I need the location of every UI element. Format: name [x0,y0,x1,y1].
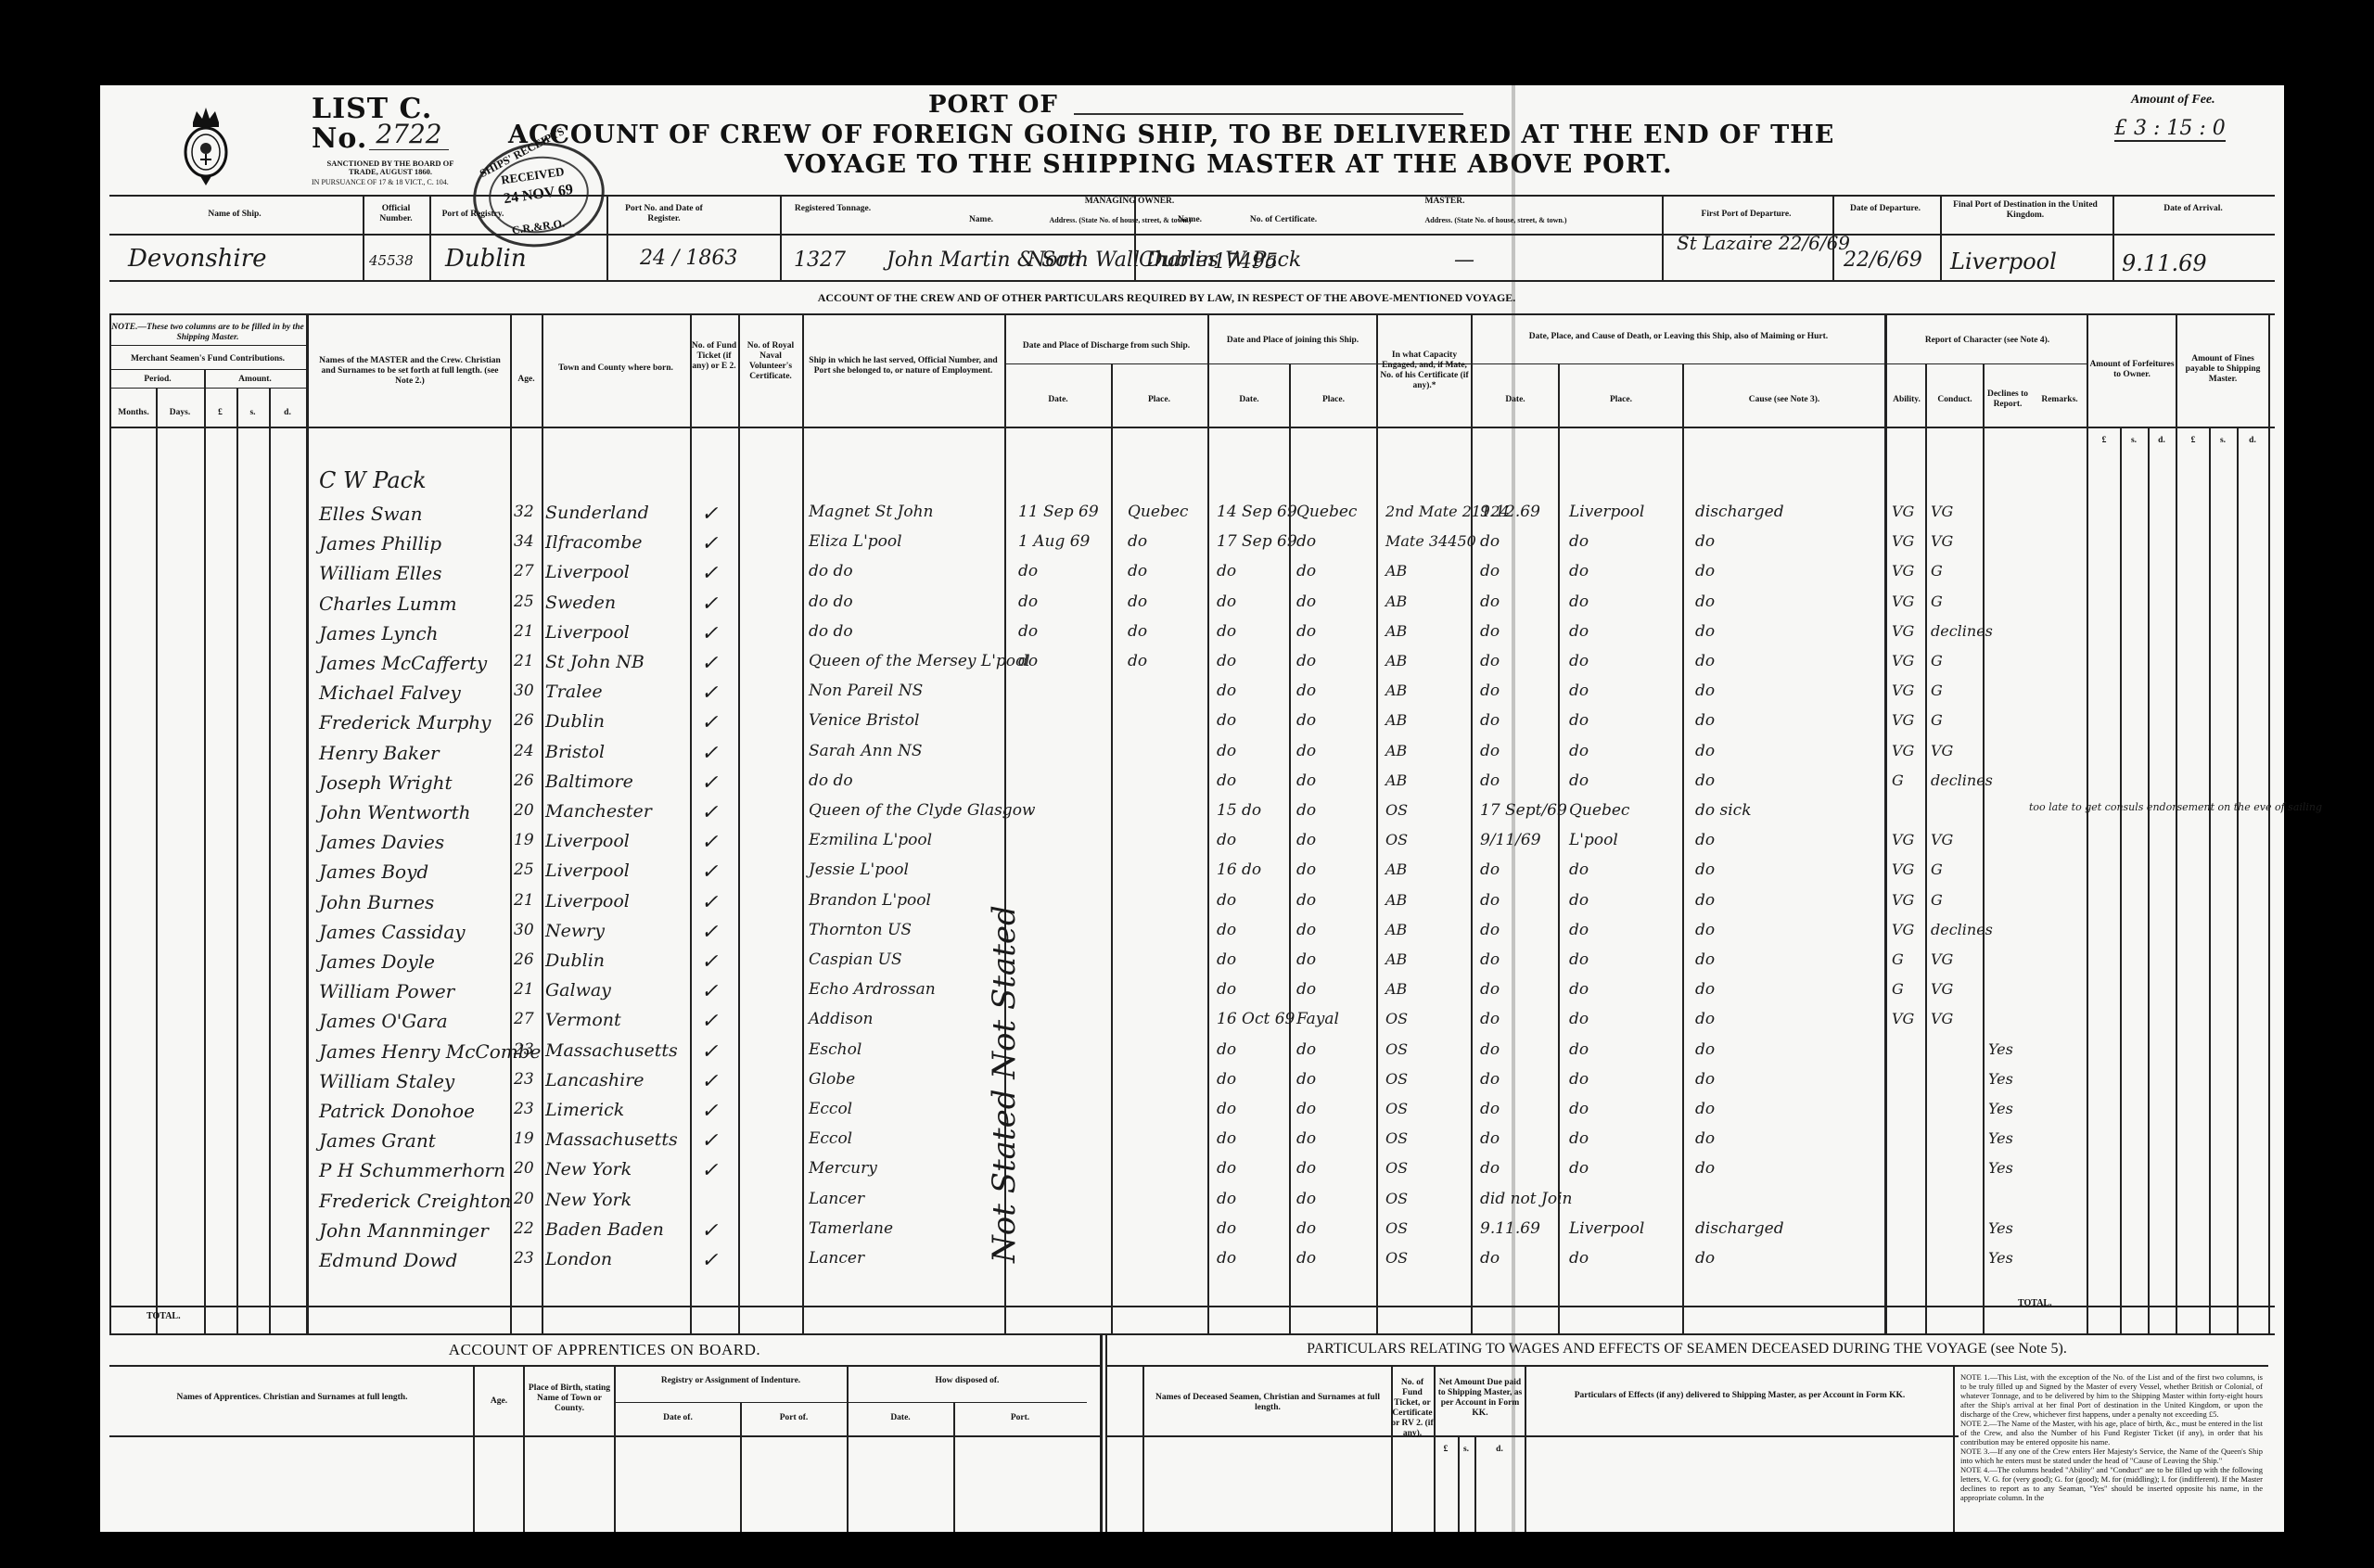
crew-cell-capacity: AB [1385,562,1407,580]
crew-cell-born: Massachusetts [545,1040,678,1061]
crew-cell-declines: Yes [1988,1249,2013,1267]
col-apprentice-age: Age. [475,1396,523,1407]
crew-cell-last-ship: Brandon L'pool [809,891,931,910]
crew-cell-leave-place: do [1569,622,1589,641]
crew-cell-ability: G [1892,771,1904,789]
crew-cell-conduct: VG [1931,503,1953,520]
crew-cell-ability: VG [1892,503,1914,520]
col-cause: Cause (see Note 3). [1684,395,1884,405]
crew-cell-join-place: do [1296,652,1316,670]
fines-pence: d. [2237,436,2268,446]
crew-cell-join-place: do [1296,593,1316,611]
crew-cell-age: 20 [514,1159,534,1178]
col-master-address: Address. (State No. of house, street, & … [1334,215,1658,225]
port-of-label: PORT OF [928,91,1058,119]
crew-cell-last-ship: do do [809,771,853,790]
crew-cell-leave-place: do [1569,682,1589,700]
crew-cell-last-ship: do do [809,562,853,580]
crew-cell-join-date: do [1217,1100,1236,1118]
col-forfeitures: Amount of Forfeitures to Owner. [2088,360,2176,380]
col-age: Age. [511,375,542,385]
col-ability: Ability. [1888,395,1925,405]
crew-cell-age: 30 [514,921,534,939]
note-2: NOTE 2.—The Name of the Master, with his… [1960,1419,2263,1447]
crew-cell-declines: Yes [1988,1040,2013,1058]
col-date-arrival: Date of Arrival. [2114,204,2272,214]
crew-cell-name: James Boyd [319,860,428,883]
pence-label: d. [269,408,306,418]
crew-cell-leave-date: do [1480,771,1500,790]
crew-cell-fund: ✓ [701,1159,718,1182]
crew-cell-last-ship: Tamerlane [809,1219,893,1238]
crew-cell-ability: VG [1892,622,1914,640]
crew-cell-capacity: OS [1385,1040,1408,1058]
col-declines: Declines to Report. [1985,389,2031,410]
crew-cell-conduct: VG [1931,532,1953,550]
crew-cell-capacity: AB [1385,593,1407,610]
crew-cell-ability: VG [1892,652,1914,669]
crew-cell-join-place: do [1296,711,1316,730]
group-discharge: Date and Place of Discharge from such Sh… [1006,341,1206,351]
crew-cell-conduct: declines [1931,622,1993,640]
col-tonnage: Registered Tonnage. [782,204,884,214]
crew-cell-conduct: VG [1931,742,1953,759]
crew-cell-capacity: AB [1385,742,1407,759]
crew-cell-join-place: do [1296,1040,1316,1059]
crew-cell-last-ship: Queen of the Mersey L'pool [809,652,1030,670]
not-stated-annotation: Not Stated Not Stated [986,905,1023,1263]
col-conduct: Conduct. [1927,395,1983,405]
crew-cell-last-ship: Globe [809,1070,855,1089]
crew-cell-join-place: do [1296,1100,1316,1118]
port-no-date-value: 24 / 1863 [640,247,737,270]
crew-cell-born: Dublin [545,711,605,732]
crew-cell-leave-place: do [1569,711,1589,730]
crew-cell-conduct: declines [1931,921,1993,938]
crew-cell-born: Liverpool [545,860,630,881]
crew-cell-ability: VG [1892,711,1914,729]
crew-cell-born: Sunderland [545,503,649,523]
crew-cell-cause: do [1695,831,1715,849]
crew-cell-remarks: too late to get consuls endorsement on t… [2029,801,2322,813]
total-label-left: TOTAL. [147,1311,181,1321]
crew-cell-join-date: do [1217,771,1236,790]
crew-cell-join-place: do [1296,1129,1316,1148]
crew-cell-leave-place: do [1569,652,1589,670]
crew-cell-fund: ✓ [701,1040,718,1064]
crew-cell-conduct: VG [1931,1010,1953,1027]
crew-cell-cause: do [1695,742,1715,760]
crew-cell-dis-place: do [1128,652,1147,670]
crew-cell-last-ship: do do [809,593,853,611]
crew-cell-conduct: G [1931,593,1943,610]
crew-cell-join-date: do [1217,831,1236,849]
crew-cell-leave-place: do [1569,1010,1589,1028]
crew-cell-leave-date: 9.12.69 [1480,503,1540,521]
crew-cell-name: James Phillip [319,532,441,555]
crew-cell-capacity: OS [1385,1249,1408,1267]
list-number: 2722 [369,119,449,150]
fines-pounds: £ [2177,436,2209,446]
crew-cell-leave-date: do [1480,980,1500,999]
deceased-pounds: £ [1434,1445,1458,1455]
date-departure-value: 22/6/69 [1844,249,1922,272]
date-arrival-value: 9.11.69 [2122,250,2207,276]
first-port-value: St Lazaire 22/6/69 [1677,232,1850,254]
crew-cell-name: Elles Swan [319,503,422,525]
col-disposed-date: Date. [849,1413,952,1423]
note-box: NOTE.—These two columns are to be filled… [111,323,304,343]
crew-cell-capacity: OS [1385,1010,1408,1027]
crew-cell-name: Henry Baker [319,742,440,764]
crew-cell-dis-date: 1 Aug 69 [1018,532,1090,551]
col-fines: Amount of Fines payable to Shipping Mast… [2177,354,2268,385]
crew-cell-leave-date: do [1480,950,1500,969]
crew-cell-join-date: do [1217,1159,1236,1178]
crew-cell-age: 25 [514,593,534,611]
crew-cell-declines: Yes [1988,1100,2013,1117]
col-join-place: Place. [1291,395,1376,405]
col-master-certificate: No. of Certificate. [1237,215,1330,225]
crew-cell-join-place: do [1296,831,1316,849]
crew-cell-age: 23 [514,1070,534,1089]
crew-cell-join-date: do [1217,1129,1236,1148]
crew-cell-conduct: G [1931,562,1943,580]
crew-cell-cause: do [1695,950,1715,969]
deceased-pence: d. [1474,1445,1525,1455]
crew-cell-leave-place: do [1569,1040,1589,1059]
crew-cell-leave-date: do [1480,1010,1500,1028]
crew-cell-leave-date: 9/11/69 [1480,831,1541,849]
crew-cell-join-place: do [1296,1219,1316,1238]
crew-cell-born: Tralee [545,682,603,702]
col-port-registry: Port of Registry. [431,210,515,220]
crew-cell-fund: ✓ [701,682,718,705]
fee-label: Amount of Fee. [2131,93,2215,108]
fold-crease [1512,85,1515,1532]
crew-cell-join-date: do [1217,742,1236,760]
crew-cell-dis-date: do [1018,562,1038,580]
crew-cell-age: 20 [514,801,534,820]
apprentices-title: ACCOUNT OF APPRENTICES ON BOARD. [109,1341,1100,1359]
tonnage-value: 1327 [794,249,846,272]
crew-cell-name: James Henry McCombe [319,1040,541,1063]
crew-cell-cause: do [1695,1010,1715,1028]
crew-cell-join-place: do [1296,682,1316,700]
col-final-port: Final Port of Destination in the United … [1942,200,2109,221]
col-deceased-effects: Particulars of Effects (if any) delivere… [1526,1391,1953,1401]
crew-cell-fund: ✓ [701,503,718,526]
crew-cell-ability: VG [1892,742,1914,759]
crew-cell-leave-date: do [1480,593,1500,611]
group-disposed: How disposed of. [849,1376,1086,1386]
crew-cell-capacity: AB [1385,771,1407,789]
col-discharge-date: Date. [1006,395,1110,405]
crew-cell-born: Newry [545,921,605,941]
crew-cell-last-ship: Mercury [809,1159,877,1178]
group-managing-owner: MANAGING OWNER. [990,197,1269,207]
crew-cell-age: 22 [514,1219,534,1238]
forfeit-pounds: £ [2088,436,2120,446]
crew-cell-leave-place: do [1569,891,1589,910]
crew-cell-join-date: 15 do [1217,801,1261,820]
col-fund-ticket: No. of Fund Ticket (if any) or E 2. [691,341,737,372]
col-crew-name: Names of the MASTER and the Crew. Christ… [312,356,508,387]
master-certificate-value: 17495 [1213,250,1278,274]
crew-cell-cause: do [1695,562,1715,580]
crew-cell-name: James Cassiday [319,921,466,943]
title-line-1: ACCOUNT OF CREW OF FOREIGN GOING SHIP, T… [508,121,1834,149]
crew-cell-join-place: do [1296,622,1316,641]
crew-cell-leave-place: do [1569,1129,1589,1148]
crew-cell-age: 21 [514,980,534,999]
crew-cell-leave-place: do [1569,860,1589,879]
period-label: Period. [111,375,204,385]
crew-cell-age: 27 [514,562,534,580]
total-label-right: TOTAL. [2018,1298,2052,1308]
crew-cell-cause: do [1695,652,1715,670]
sanctioned-text: SANCTIONED BY THE BOARD OF TRADE, AUGUST… [312,159,469,176]
crew-cell-born: Massachusetts [545,1129,678,1150]
royal-crest-icon [182,106,230,187]
crew-cell-age: 26 [514,711,534,730]
crew-cell-join-date: do [1217,980,1236,999]
crew-cell-name: P H Schummerhorn [319,1159,505,1181]
crew-cell-join-date: 14 Sep 69 [1217,503,1297,521]
fee-value: £ 3 : 15 : 0 [2114,117,2226,142]
crew-cell-name: William Elles [319,562,442,584]
group-character: Report of Character (see Note 4). [1888,336,2087,346]
crew-cell-born: Lancashire [545,1070,645,1090]
crew-cell-fund: ✓ [701,622,718,645]
crew-cell-join-date: do [1217,682,1236,700]
crew-cell-fund: ✓ [701,980,718,1003]
crew-cell-born: New York [545,1190,632,1210]
crew-cell-leave-place: do [1569,921,1589,939]
crew-cell-declines: Yes [1988,1219,2013,1237]
crew-cell-dis-place: Quebec [1128,503,1188,521]
crew-cell-dis-date: do [1018,652,1038,670]
crew-cell-capacity: AB [1385,682,1407,699]
crew-cell-join-place: do [1296,1159,1316,1178]
crew-cell-leave-date: 17 Sept/69 [1480,801,1567,820]
crew-section-title: ACCOUNT OF THE CREW AND OF OTHER PARTICU… [286,291,2048,305]
shillings-label: s. [236,408,269,418]
crew-cell-last-ship: Addison [809,1010,873,1028]
crew-cell-cause: do [1695,1249,1715,1268]
crew-cell-join-place: do [1296,771,1316,790]
crew-cell-age: 23 [514,1249,534,1268]
crew-cell-capacity: AB [1385,711,1407,729]
crew-cell-cause: do [1695,622,1715,641]
crew-cell-join-place: do [1296,532,1316,551]
crew-cell-conduct: VG [1931,980,1953,998]
crew-cell-last-ship: Eccol [809,1100,852,1118]
crew-cell-join-date: do [1217,562,1236,580]
crew-cell-name: William Power [319,980,454,1002]
crew-cell-leave-place: do [1569,1159,1589,1178]
crew-cell-last-ship: Sarah Ann NS [809,742,923,760]
col-rnvc: No. of Royal Naval Volunteer's Certifica… [740,341,801,382]
crew-cell-join-date: do [1217,891,1236,910]
crew-cell-dis-date: do [1018,622,1038,641]
col-apprentice-birth: Place of Birth, stating Name of Town or … [525,1383,614,1414]
crew-cell-ability: VG [1892,891,1914,909]
crew-cell-name: John Wentworth [319,801,471,823]
crew-cell-fund: ✓ [701,1249,718,1272]
crew-cell-join-date: 16 Oct 69 [1217,1010,1295,1028]
col-born: Town and County where born. [543,363,688,374]
group-master: MASTER. [1306,197,1584,207]
col-registry-port: Port of. [742,1413,846,1423]
crew-cell-name: Charles Lumm [319,593,457,615]
crew-cell-cause: do [1695,921,1715,939]
crew-cell-leave-place: Liverpool [1569,503,1644,521]
col-official-number: Official Number. [364,204,428,224]
crew-cell-name: Frederick Murphy [319,711,491,733]
crew-cell-join-date: do [1217,593,1236,611]
crew-cell-leave-place: L'pool [1569,831,1618,849]
crew-cell-join-date: do [1217,950,1236,969]
col-port-no-date: Port No. and Date of Register. [608,204,720,224]
crew-cell-dis-place: do [1128,622,1147,641]
crew-cell-leave-date: do [1480,711,1500,730]
crew-cell-name: James Lynch [319,622,439,644]
crew-cell-join-date: 17 Sep 69 [1217,532,1297,551]
crew-cell-leave-date: do [1480,562,1500,580]
crew-cell-join-place: do [1296,980,1316,999]
crew-cell-capacity: AB [1385,652,1407,669]
crew-cell-leave-place: do [1569,1070,1589,1089]
crew-cell-age: 26 [514,950,534,969]
crew-cell-join-date: do [1217,1040,1236,1059]
crew-cell-declines: Yes [1988,1070,2013,1088]
forfeit-pence: d. [2148,436,2176,446]
crew-list-document: LIST C. No. 2722 SANCTIONED BY THE BOARD… [100,85,2284,1532]
pounds-label: £ [204,408,236,418]
master-address-value: — [1454,249,1474,272]
crew-cell-last-ship: Jessie L'pool [809,860,909,879]
crew-cell-ability: VG [1892,593,1914,610]
crew-cell-fund: ✓ [701,1219,718,1243]
group-leaving: Date, Place, and Cause of Death, or Leav… [1473,332,1884,342]
crew-cell-cause: do [1695,771,1715,790]
crew-cell-born: Limerick [545,1100,624,1120]
crew-cell-leave-place: do [1569,593,1589,611]
crew-cell-age: 24 [514,742,534,760]
port-registry-value: Dublin [445,245,527,273]
crew-cell-born: London [545,1249,612,1269]
title-line-2: VOYAGE TO THE SHIPPING MASTER AT THE ABO… [785,150,1673,179]
crew-cell-join-place: do [1296,921,1316,939]
crew-cell-born: Dublin [545,950,605,971]
crew-cell-join-date: do [1217,1249,1236,1268]
crew-cell-age: 21 [514,622,534,641]
crew-cell-join-place: do [1296,801,1316,820]
col-deceased-fund: No. of Fund Ticket, or Certificate or RV… [1391,1378,1434,1439]
crew-cell-leave-date: do [1480,891,1500,910]
col-registry-date: Date of. [616,1413,740,1423]
fund-contributions-label: Merchant Seamen's Fund Contributions. [111,354,304,364]
crew-cell-leave-date: do [1480,682,1500,700]
crew-cell-leave-place: do [1569,742,1589,760]
crew-cell-conduct: declines [1931,771,1993,789]
crew-cell-name: James Grant [319,1129,436,1152]
crew-cell-dis-place: do [1128,532,1147,551]
deceased-shillings: s. [1458,1445,1474,1455]
crew-cell-fund: ✓ [701,1129,718,1153]
col-capacity: In what Capacity Engaged, and, if Mate, … [1378,351,1471,391]
crew-cell-join-date: do [1217,1219,1236,1238]
crew-cell-dis-date: do [1018,593,1038,611]
crew-cell-capacity: OS [1385,801,1408,819]
crew-cell-capacity: OS [1385,1190,1408,1207]
crew-cell-capacity: OS [1385,1100,1408,1117]
crew-cell-age: 23 [514,1040,534,1059]
crew-cell-fund: ✓ [701,950,718,974]
crew-cell-name: Patrick Donohoe [319,1100,475,1122]
crew-cell-ability: VG [1892,831,1914,848]
crew-cell-last-ship: Caspian US [809,950,902,969]
crew-cell-capacity: AB [1385,891,1407,909]
crew-cell-born: Baden Baden [545,1219,664,1240]
crew-cell-leave-date: 9.11.69 [1480,1219,1540,1238]
crew-cell-name: James Doyle [319,950,435,973]
crew-cell-cause: do [1695,593,1715,611]
crew-cell-name: Joseph Wright [319,771,453,794]
crew-cell-age: 26 [514,771,534,790]
pursuance-text: IN PURSUANCE OF 17 & 18 VICT., C. 104. [312,178,449,186]
fines-shillings: s. [2209,436,2237,446]
crew-cell-fund: ✓ [701,532,718,555]
col-disposed-port: Port. [955,1413,1085,1423]
crew-cell-join-date: do [1217,711,1236,730]
crew-cell-join-place: Quebec [1296,503,1357,521]
crew-cell-leave-date: do [1480,1100,1500,1118]
crew-cell-fund: ✓ [701,921,718,944]
crew-cell-leave-place: do [1569,771,1589,790]
crew-cell-fund: ✓ [701,562,718,585]
crew-cell-conduct: G [1931,891,1943,909]
crew-cell-dis-place: do [1128,562,1147,580]
crew-cell-fund: ✓ [701,652,718,675]
crew-cell-dis-date: 11 Sep 69 [1018,503,1099,521]
crew-cell-cause: do [1695,1129,1715,1148]
crew-cell-name: John Burnes [319,891,434,913]
crew-cell-join-date: do [1217,1070,1236,1089]
crew-cell-leave-place: do [1569,980,1589,999]
crew-cell-fund: ✓ [701,1100,718,1123]
crew-cell-join-place: do [1296,860,1316,879]
crew-cell-leave-place: Liverpool [1569,1219,1644,1238]
note-1: NOTE 1.—This List, with the exception of… [1960,1372,2263,1419]
crew-cell-join-date: do [1217,1190,1236,1208]
note-3: NOTE 3.—If any one of the Crew enters He… [1960,1447,2263,1465]
crew-cell-cause: do sick [1695,801,1752,820]
crew-cell-leave-date: do [1480,622,1500,641]
ship-name-value: Devonshire [128,245,267,273]
crew-cell-capacity: OS [1385,1159,1408,1177]
crew-cell-last-ship: Eliza L'pool [809,532,902,551]
crew-cell-born: Manchester [545,801,652,822]
crew-cell-conduct: G [1931,652,1943,669]
crew-cell-capacity: Mate 34450 [1385,532,1476,550]
crew-cell-leave-place: Quebec [1569,801,1629,820]
crew-cell-name: Edmund Dowd [319,1249,457,1271]
crew-cell-leave-date: do [1480,1129,1500,1148]
crew-cell-name: William Staley [319,1070,454,1092]
crew-cell-last-ship: Eccol [809,1129,852,1148]
